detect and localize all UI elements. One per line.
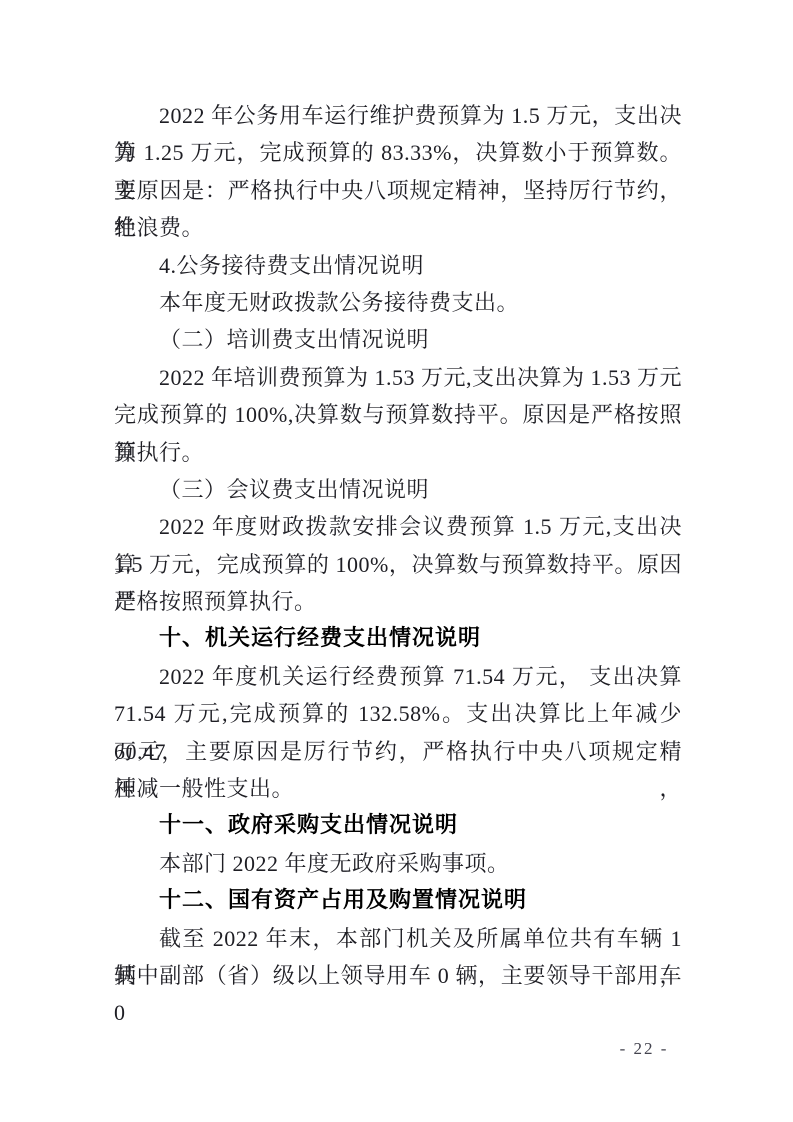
body-text-line: 2022 年培训费预算为 1.53 万元,支出决算为 1.53 万元 <box>114 359 682 396</box>
section-heading-line: 十二、国有资产占用及购置情况说明 <box>114 882 682 919</box>
body-text-line: 1.5 万元，完成预算的 100%，决算数与预算数持平。原因是 <box>114 546 682 583</box>
document-page: 2022 年公务用车运行维护费预算为 1.5 万元，支出决算为 1.25 万元，… <box>0 0 793 1122</box>
body-text-line: 完成预算的 100%,决算数与预算数持平。原因是严格按照预 <box>114 396 682 433</box>
body-text-line: 万元，主要原因是厉行节约，严格执行中央八项规定精神， <box>114 733 682 770</box>
body-text-line: 要原因是：严格执行中央八项规定精神，坚持厉行节约，杜 <box>114 172 682 209</box>
section-heading-line: 十、机关运行经费支出情况说明 <box>114 620 682 657</box>
text-block: 2022 年公务用车运行维护费预算为 1.5 万元，支出决算为 1.25 万元，… <box>114 97 682 994</box>
section-heading-line: 十一、政府采购支出情况说明 <box>114 807 682 844</box>
body-text-line: 本部门 2022 年度无政府采购事项。 <box>114 845 682 882</box>
body-text-line: 2022 年度机关运行经费预算 71.54 万元， 支出决算 <box>114 658 682 695</box>
body-text-line: 其中副部（省）级以上领导用车 0 辆，主要领导干部用车 0 <box>114 957 682 994</box>
body-text-line: 2022 年公务用车运行维护费预算为 1.5 万元，支出决算 <box>114 97 682 134</box>
body-text-line: 为 1.25 万元，完成预算的 83.33%，决算数小于预算数。主 <box>114 134 682 171</box>
body-text-line: 严格按照预算执行。 <box>114 583 682 620</box>
body-text-line: 本年度无财政拨款公务接待费支出。 <box>114 284 682 321</box>
body-text-line: 4.公务接待费支出情况说明 <box>114 247 682 284</box>
body-text-line: 绝浪费。 <box>114 209 682 246</box>
body-text-line: 截至 2022 年末，本部门机关及所属单位共有车辆 1 辆， <box>114 920 682 957</box>
body-text-line: （三）会议费支出情况说明 <box>114 471 682 508</box>
body-text-line: 71.54 万元,完成预算的 132.58%。支出决算比上年减少 60.47 <box>114 695 682 732</box>
page-number: - 22 - <box>604 1038 684 1060</box>
body-text-line: 2022 年度财政拨款安排会议费预算 1.5 万元,支出决算 <box>114 508 682 545</box>
body-text-line: 算执行。 <box>114 434 682 471</box>
body-text-line: （二）培训费支出情况说明 <box>114 321 682 358</box>
